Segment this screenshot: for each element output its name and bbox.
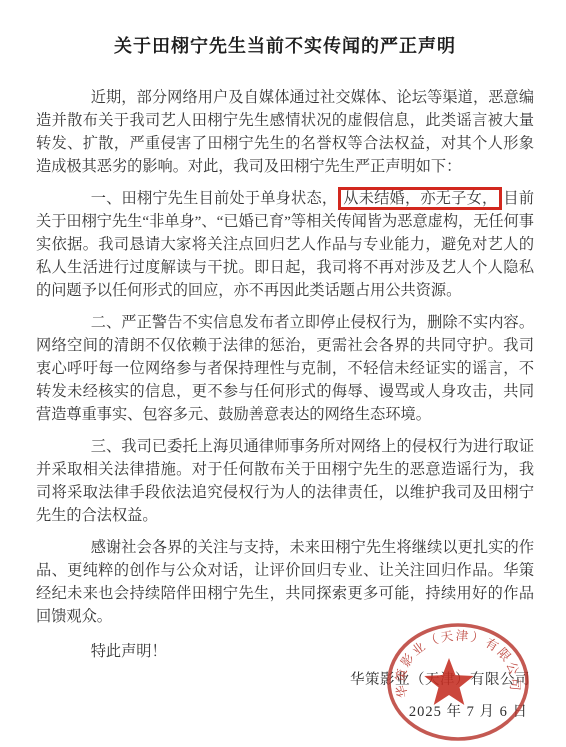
statement-item-3: 三、我司已委托上海贝通律师事务所对网络上的侵权行为进行取证并采取相关法律措施。对… xyxy=(36,435,534,527)
intro-paragraph: 近期，部分网络用户及自媒体通过社交媒体、论坛等渠道，恶意编造并散布关于我司艺人田… xyxy=(36,86,534,178)
statement-body: 近期，部分网络用户及自媒体通过社交媒体、论坛等渠道，恶意编造并散布关于我司艺人田… xyxy=(36,86,534,663)
statement-document: 关于田栩宁先生当前不实传闻的严正声明 近期，部分网络用户及自媒体通过社交媒体、论… xyxy=(0,0,566,747)
thanks-paragraph: 感谢社会各界的关注与支持，未来田栩宁先生将继续以更扎实的作品、更纯粹的创作与公众… xyxy=(36,536,534,628)
item1-text-before: 一、田栩宁先生目前处于单身状态， xyxy=(91,190,338,207)
signature-block: 华策影业（天津）有限公司 2025 年 7 月 6 日 xyxy=(350,668,530,721)
statement-item-2: 二、严正警告不实信息发布者立即停止侵权行为，删除不实内容。网络空间的清朗不仅依赖… xyxy=(36,311,534,426)
page-title: 关于田栩宁先生当前不实传闻的严正声明 xyxy=(36,32,534,58)
closing-line: 特此声明！ xyxy=(36,640,534,663)
signature-company: 华策影业（天津）有限公司 xyxy=(350,668,530,689)
highlight-box: 从未结婚，亦无子女， xyxy=(338,187,502,210)
statement-item-1: 一、田栩宁先生目前处于单身状态，从未结婚，亦无子女，目前关于田栩宁先生“非单身”… xyxy=(36,187,534,302)
signature-date: 2025 年 7 月 6 日 xyxy=(350,700,530,721)
